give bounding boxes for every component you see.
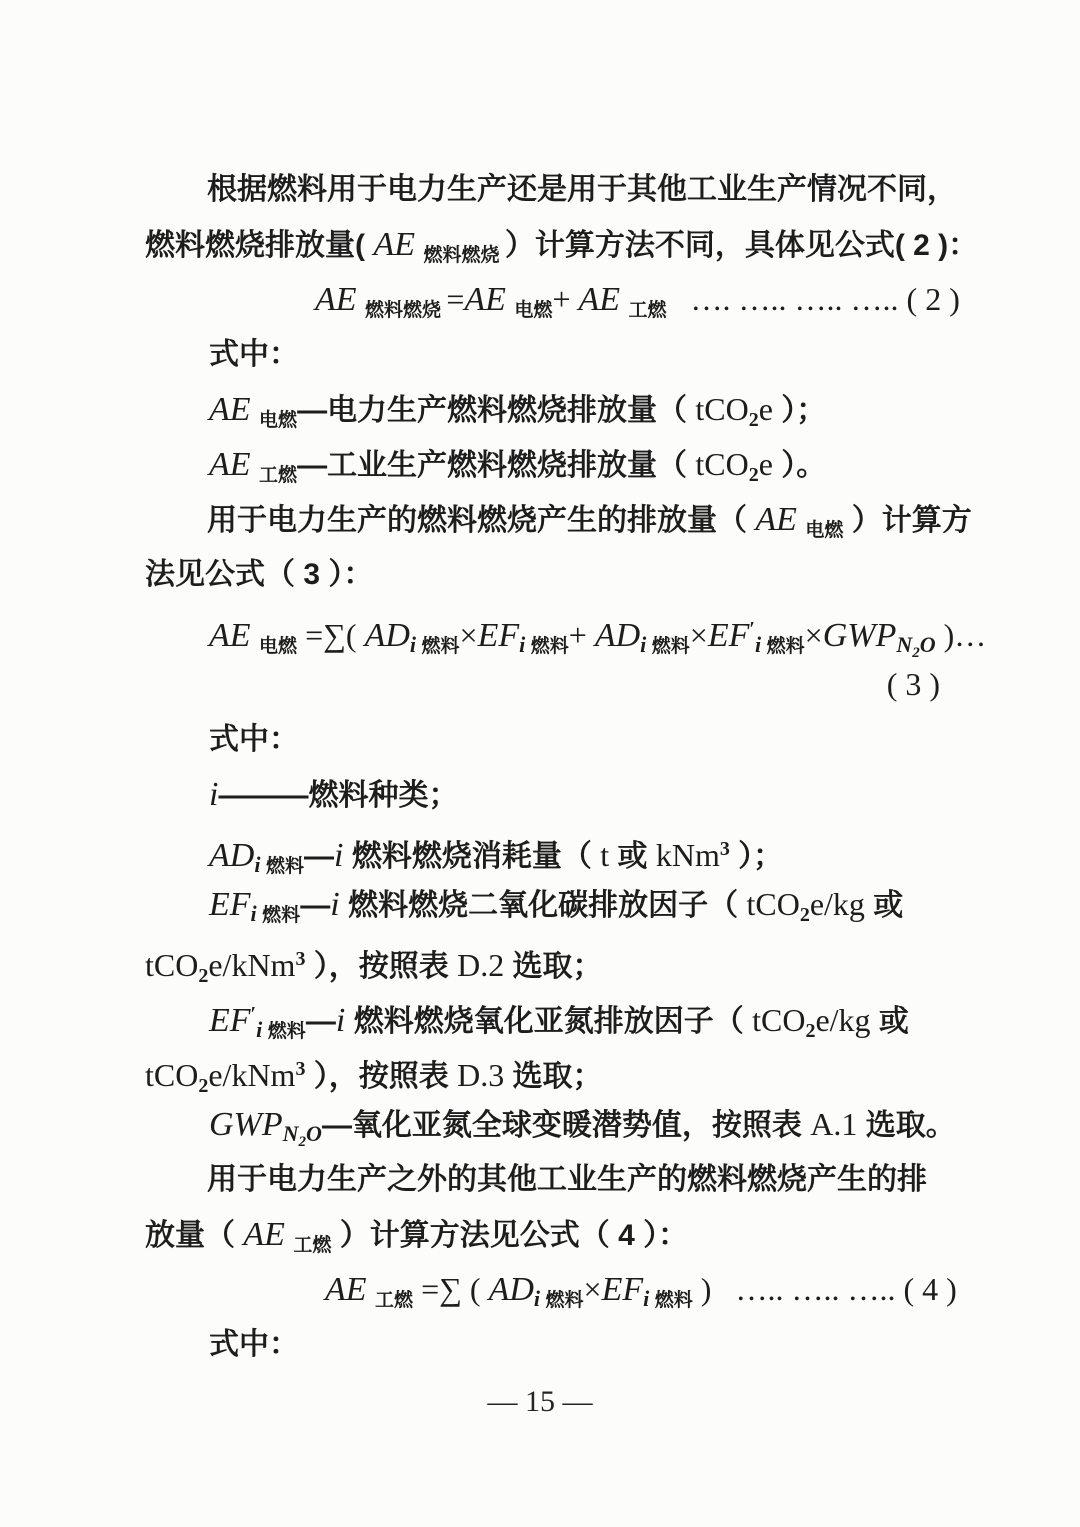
text-segment: kNm — [656, 837, 720, 873]
text-segment: AE — [209, 446, 259, 483]
text-segment: …. ….. ….. ….. ( 2 ) — [667, 281, 960, 317]
text-segment: 用于电力生产之外的其他工业生产的燃料燃烧产生的排 — [207, 1163, 927, 1196]
text-segment: ———燃料种类； — [218, 779, 458, 812]
text-segment: 2 — [198, 965, 208, 987]
paragraph-intro-line-1: 根据燃料用于电力生产还是用于其他工业生产情况不同， — [145, 162, 940, 217]
text-segment: e/kg — [815, 1002, 870, 1038]
definition-ad-line: ADi 燃料—i 燃料燃烧消耗量（ t 或 kNm3 ）； — [145, 822, 940, 877]
text-segment: × — [805, 617, 823, 653]
text-segment: 电燃 — [805, 520, 843, 541]
formula-2-line: AE 燃料燃烧 =AE 电燃+ AE 工燃 …. ….. ….. ….. ( 2… — [145, 272, 940, 327]
text-segment: EF — [209, 886, 251, 923]
text-segment: 燃料燃烧氧化亚氮排放因子（ — [354, 1005, 752, 1038]
text-segment: GWP — [209, 1106, 283, 1143]
text-segment: 3 — [720, 838, 730, 860]
text-segment: 燃料 — [422, 636, 460, 657]
text-segment: 燃料 — [655, 1290, 693, 1311]
text-segment: —工业生产燃料燃烧排放量（ — [297, 449, 695, 482]
definition-ef-line-2: tCO2e/kNm3 ），按照表 D.2 选取； — [145, 932, 940, 987]
text-segment: 放量（ — [145, 1219, 243, 1252]
text-segment: 电燃 — [259, 636, 297, 657]
document-body: 根据燃料用于电力生产还是用于其他工业生产情况不同，燃料燃烧排放量( AE 燃料燃… — [145, 162, 940, 1372]
page-number: — 15 — — [488, 1385, 593, 1418]
text-segment: ），按照表 — [305, 1060, 457, 1093]
text-segment: AE — [209, 391, 259, 428]
text-segment: N — [896, 632, 912, 657]
text-segment: 燃料 — [268, 1021, 306, 1042]
text-segment: —电力生产燃料燃烧排放量（ — [297, 394, 695, 427]
text-segment: 燃料 — [767, 636, 805, 657]
text-segment: AE — [755, 501, 805, 538]
text-segment: 选取。 — [857, 1109, 955, 1142]
text-segment: 或 — [871, 1005, 909, 1038]
text-segment: 电燃 — [259, 410, 297, 431]
text-segment: AE — [325, 1271, 375, 1308]
text-segment: i — [519, 632, 531, 657]
text-segment: 2 — [198, 1075, 208, 1097]
text-segment: AE — [464, 281, 514, 318]
text-segment: O — [920, 632, 936, 657]
text-segment: 燃料 — [262, 905, 300, 926]
where-label-line: 式中： — [145, 1317, 940, 1372]
text-segment: i — [643, 1286, 655, 1311]
text-segment: i — [640, 632, 652, 657]
text-segment: 燃料燃烧消耗量（ — [352, 840, 600, 873]
text-segment: i — [755, 632, 767, 657]
text-segment: i — [534, 1286, 546, 1311]
text-segment: 选取； — [504, 1060, 602, 1093]
text-segment: AD — [209, 837, 254, 874]
text-segment: = — [446, 281, 464, 317]
text-segment: A.1 — [810, 1106, 857, 1142]
text-segment: × — [460, 617, 478, 653]
text-segment: 根据燃料用于电力生产还是用于其他工业生产情况不同， — [207, 173, 957, 206]
text-segment: e — [759, 446, 773, 482]
text-segment: =∑ ( — [413, 1271, 489, 1307]
text-segment: 工燃 — [375, 1290, 413, 1311]
text-segment: 燃料燃烧排放量( — [145, 229, 365, 262]
text-segment: tCO — [695, 446, 748, 482]
text-segment: i — [336, 1002, 354, 1039]
text-segment: e/kg — [810, 886, 865, 922]
text-segment: 燃料 — [652, 636, 690, 657]
text-segment: 工燃 — [629, 300, 667, 321]
definition-ae-dian-line: AE 电燃—电力生产燃料燃烧排放量（ tCO2e ）； — [145, 382, 940, 437]
text-segment: 式中： — [209, 723, 299, 756]
text-segment: 2 — [805, 1020, 815, 1042]
text-segment: 法见公式（ 3 ）： — [145, 558, 373, 591]
paragraph-industrial-line-2: 放量（ AE 工燃 ）计算方法见公式（ 4 ）： — [145, 1207, 940, 1262]
definition-i-line: i———燃料种类； — [145, 767, 940, 822]
text-segment: t — [600, 837, 609, 873]
text-segment: =∑( — [297, 617, 365, 653]
text-segment: 燃料燃烧 — [365, 300, 446, 321]
text-segment: AD — [489, 1271, 534, 1308]
text-segment: × — [584, 1271, 602, 1307]
text-segment: + — [569, 617, 595, 653]
text-segment: EF — [602, 1271, 644, 1308]
text-segment: 燃料燃烧 — [424, 245, 505, 266]
paragraph-electric-line-2: 法见公式（ 3 ）： — [145, 547, 940, 602]
text-segment: tCO — [746, 886, 799, 922]
text-segment: 或 — [609, 840, 656, 873]
text-segment: — — [306, 1005, 336, 1038]
text-segment: ) ….. ….. ….. ( 4 ) — [693, 1271, 957, 1307]
text-segment: N — [283, 1121, 299, 1146]
text-segment: )… — [936, 617, 987, 653]
text-segment: ）计算方法不同，具体见公式( 2 )： — [505, 229, 978, 262]
text-segment: tCO — [752, 1002, 805, 1038]
text-segment: 或 — [865, 889, 903, 922]
text-segment: i — [256, 1017, 268, 1042]
text-segment: 燃料 — [546, 1290, 584, 1311]
text-segment: ）。 — [773, 449, 826, 482]
text-segment: ）； — [773, 394, 826, 427]
text-segment: e/kNm — [208, 1057, 295, 1093]
text-segment: EF — [478, 617, 520, 654]
text-segment: AE — [365, 226, 424, 263]
definition-ef-prime-line-2: tCO2e/kNm3 ），按照表 D.3 选取； — [145, 1042, 940, 1097]
text-segment: AE — [209, 617, 259, 654]
text-segment: tCO — [145, 947, 198, 983]
paragraph-intro-line-2: 燃料燃烧排放量( AE 燃料燃烧 ）计算方法不同，具体见公式( 2 )： — [145, 217, 940, 272]
where-label-line: 式中： — [145, 327, 940, 382]
text-segment: i — [330, 886, 348, 923]
definition-gwp-line: GWPN2O—氧化亚氮全球变暖潜势值，按照表 A.1 选取。 — [145, 1097, 940, 1152]
text-segment: AD — [595, 617, 640, 654]
text-segment: D.2 — [457, 947, 504, 983]
text-segment: AD — [365, 617, 410, 654]
text-segment: × — [690, 617, 708, 653]
formula-3-line: AE 电燃 =∑( ADi 燃料×EFi 燃料+ ADi 燃料×EF′i 燃料×… — [145, 602, 940, 657]
formula-4-line: AE 工燃 =∑ ( ADi 燃料×EFi 燃料 ) ….. ….. ….. (… — [145, 1262, 940, 1317]
formula-3-number-line: ( 3 ) — [145, 657, 940, 712]
text-segment: GWP — [823, 617, 897, 654]
text-segment: 2 — [749, 409, 759, 431]
text-segment: O — [306, 1121, 322, 1146]
paragraph-industrial-line-1: 用于电力生产之外的其他工业生产的燃料燃烧产生的排 — [145, 1152, 940, 1207]
definition-ef-line-1: EFi 燃料—i 燃料燃烧二氧化碳排放因子（ tCO2e/kg 或 — [145, 877, 940, 932]
text-segment: e — [759, 391, 773, 427]
document-page: 根据燃料用于电力生产还是用于其他工业生产情况不同，燃料燃烧排放量( AE 燃料燃… — [0, 0, 1080, 1527]
text-segment: 2 — [299, 1134, 307, 1150]
definition-ef-prime-line-1: EF′i 燃料—i 燃料燃烧氧化亚氮排放因子（ tCO2e/kg 或 — [145, 987, 940, 1042]
text-segment: — — [300, 889, 330, 922]
text-segment: 燃料 — [531, 636, 569, 657]
text-segment: i — [251, 901, 263, 926]
text-segment: 式中： — [209, 1328, 299, 1361]
text-segment: D.3 — [457, 1057, 504, 1093]
text-segment: —氧化亚氮全球变暖潜势值，按照表 — [322, 1109, 810, 1142]
text-segment: tCO — [145, 1057, 198, 1093]
text-segment: EF — [209, 1002, 251, 1039]
text-segment: — — [304, 840, 334, 873]
text-segment: 工燃 — [293, 1235, 331, 1256]
text-segment: i — [334, 837, 352, 874]
text-segment: EF — [708, 617, 750, 654]
text-segment: ）； — [730, 840, 783, 873]
definition-ae-gong-line: AE 工燃—工业生产燃料燃烧排放量（ tCO2e ）。 — [145, 437, 940, 492]
page-footer: — 15 — — [0, 1385, 1080, 1419]
text-segment: 3 — [295, 948, 305, 970]
text-segment: AE — [578, 281, 628, 318]
paragraph-electric-line-1: 用于电力生产的燃料燃烧产生的排放量（ AE 电燃 ）计算方 — [145, 492, 940, 547]
text-segment: tCO — [695, 391, 748, 427]
text-segment: ）计算方 — [843, 504, 971, 537]
text-segment: AE — [315, 281, 365, 318]
text-segment: ），按照表 — [305, 950, 457, 983]
text-segment: 用于电力生产的燃料燃烧产生的排放量（ — [207, 504, 755, 537]
text-segment: ）计算方法见公式（ 4 ）： — [331, 1219, 688, 1252]
text-segment: e/kNm — [208, 947, 295, 983]
text-segment: 3 — [295, 1058, 305, 1080]
text-segment: + — [552, 281, 578, 317]
text-segment: 式中： — [209, 338, 299, 371]
text-segment: 燃料 — [266, 856, 304, 877]
text-segment: AE — [243, 1216, 293, 1253]
text-segment: 选取； — [504, 950, 602, 983]
text-segment: 2 — [800, 904, 810, 926]
text-segment: ( 3 ) — [887, 666, 940, 702]
text-segment: 工燃 — [259, 465, 297, 486]
text-segment: 2 — [749, 464, 759, 486]
where-label-line: 式中： — [145, 712, 940, 767]
text-segment: i — [410, 632, 422, 657]
text-segment: i — [254, 852, 266, 877]
text-segment: 燃料燃烧二氧化碳排放因子（ — [348, 889, 746, 922]
text-segment: 电燃 — [514, 300, 552, 321]
